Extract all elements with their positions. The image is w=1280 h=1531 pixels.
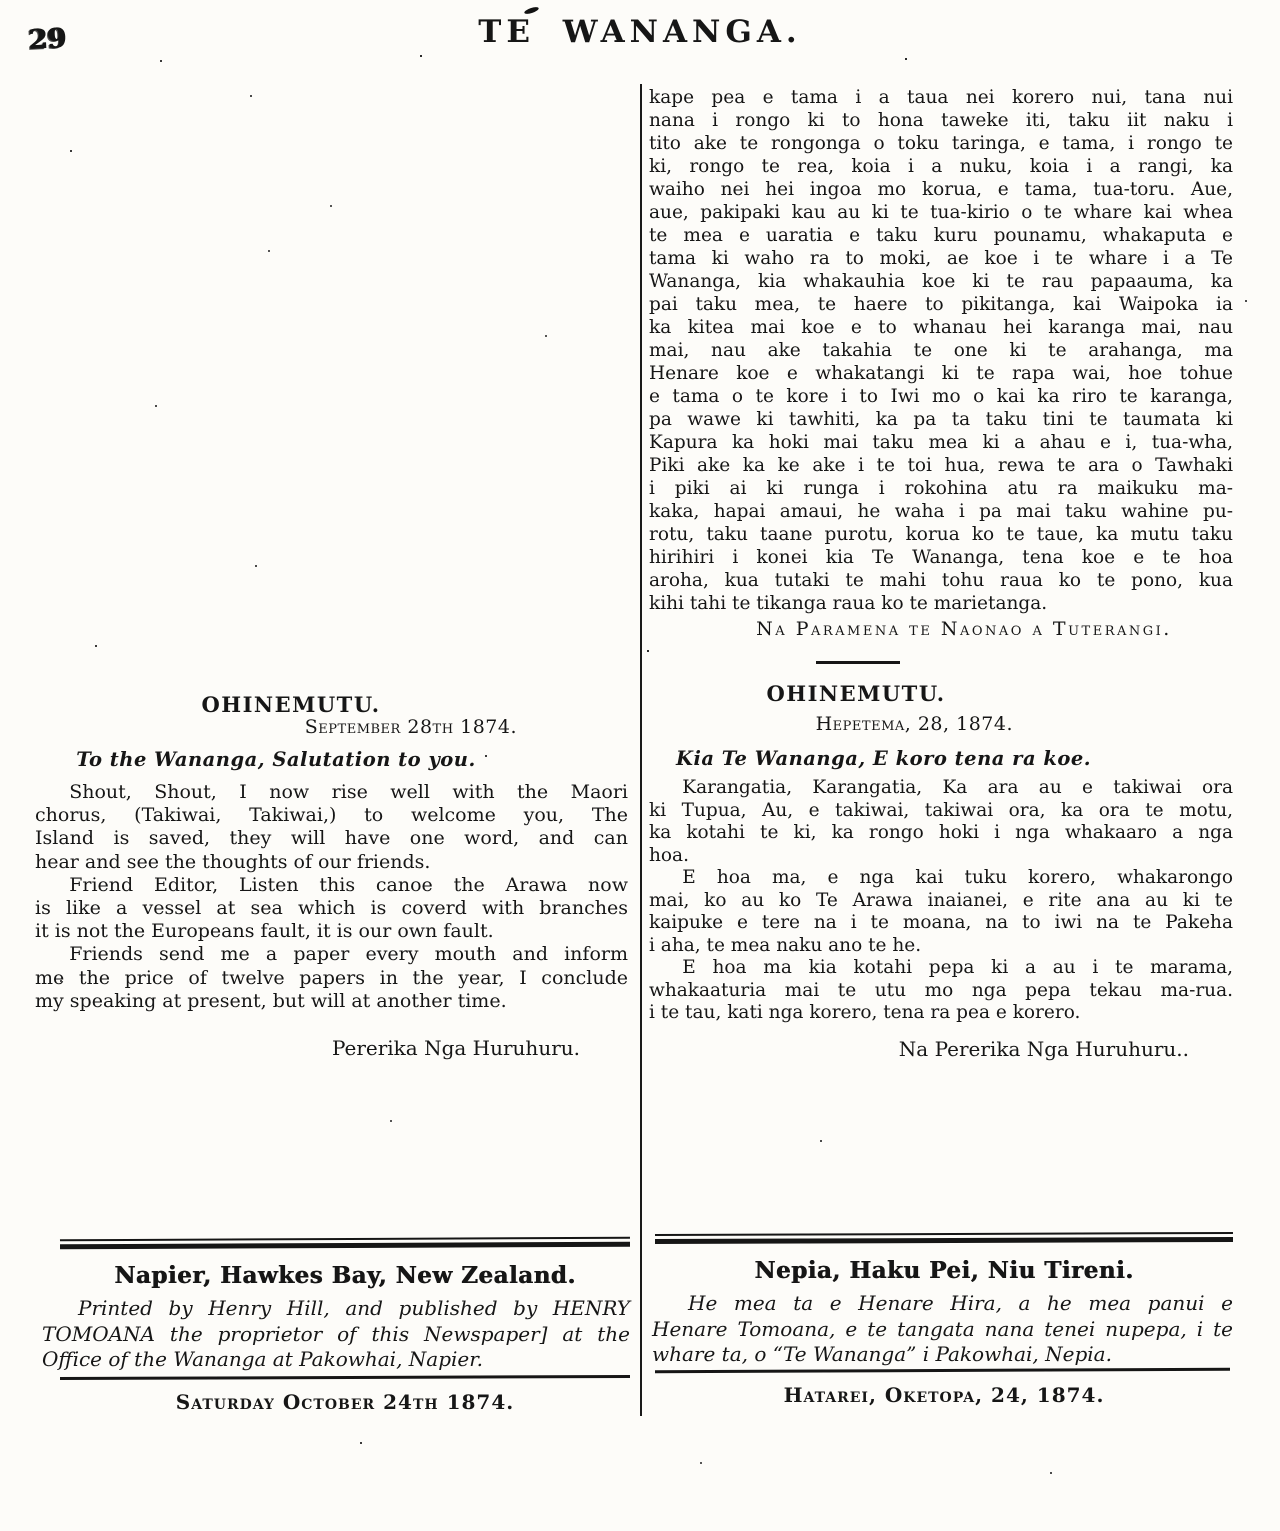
right-imprint-text: He mea ta e Henare Hira, a he mea panui … xyxy=(652,1291,1233,1368)
text-line: i aha, te mea naku ano te he. xyxy=(649,935,1233,958)
text-line: Karangatia, Karangatia, Ka ara au e taki… xyxy=(649,777,1233,800)
right-issue-dateline: Hatarei, Oketopa, 24, 1874. xyxy=(655,1383,1233,1407)
text-line: mai, ko au ko Te Arawa inaianei, e rite … xyxy=(649,890,1233,913)
page-title: TE WANANGA. xyxy=(0,14,1280,50)
left-imprint-text: Printed by Henry Hill, and published by … xyxy=(42,1296,630,1373)
right-imprint-heading: Nepia, Haku Pei, Niu Tireni. xyxy=(655,1257,1233,1284)
continuation-signature: Na Paramena te Naonao a Tuterangi. xyxy=(649,618,1233,640)
left-article-body: Shout, Shout, I now rise well with the M… xyxy=(35,781,628,1013)
text-line: Henare koe e whakatangi ki te rapa wai, … xyxy=(649,362,1233,385)
text-line: whakaaturia mai te utu mo nga pepa tekau… xyxy=(649,980,1233,1003)
text-line: tama ki waho ra to moki, ae koe i te wha… xyxy=(649,247,1233,270)
text-line: Office of the Wananga at Pakowhai, Napie… xyxy=(42,1347,630,1373)
left-imprint-rule xyxy=(60,1375,630,1379)
text-line: ki, rongo te rea, koia i a nuku, koia i … xyxy=(649,155,1233,178)
text-line: kaka, hapai amaui, he waha i pa mai taku… xyxy=(649,500,1233,523)
text-line: te mea e uaratia e taku kuru pounamu, wh… xyxy=(649,224,1233,247)
left-article-signature: Pererika Nga Huruhuru. xyxy=(35,1036,580,1060)
right-article-salutation: Kia Te Wananga, E koro tena ra koe. xyxy=(676,747,1091,770)
text-line: my speaking at present, but will at anot… xyxy=(35,990,628,1013)
text-line: rotu, taku taane purotu, korua ko te tau… xyxy=(649,523,1233,546)
left-article-heading: OHINEMUTU. xyxy=(35,692,547,717)
column-divider-rule xyxy=(640,84,642,1416)
right-imprint-rule xyxy=(655,1368,1230,1373)
left-article-salutation: To the Wananga, Salutation to you. xyxy=(35,748,517,771)
text-line: mai, nau ake takahia te one ki te arahan… xyxy=(649,339,1233,362)
right-column-continuation-text: kape pea e tama i a taua nei korero nui,… xyxy=(649,86,1233,615)
scan-noise-specks xyxy=(0,0,2,2)
text-line: Henare Tomoana, e te tangata nana tenei … xyxy=(652,1317,1233,1343)
text-line: Shout, Shout, I now rise well with the M… xyxy=(35,781,628,804)
left-imprint-heading: Napier, Hawkes Bay, New Zealand. xyxy=(60,1262,630,1289)
text-line: waiho nei hei ingoa mo korua, e tama, tu… xyxy=(649,178,1233,201)
text-line: Printed by Henry Hill, and published by … xyxy=(42,1296,630,1322)
text-line: chorus, (Takiwai, Takiwai,) to welcome y… xyxy=(35,804,628,827)
text-line: E hoa ma, e nga kai tuku korero, whakaro… xyxy=(649,867,1233,890)
text-line: tito ake te rongonga o toku taringa, e t… xyxy=(649,132,1233,155)
left-imprint-double-rule xyxy=(60,1237,630,1249)
text-line: it is not the Europeans fault, it is our… xyxy=(35,920,628,943)
text-line: hoa. xyxy=(649,845,1233,868)
text-line: i te tau, kati nga korero, tena ra pea e… xyxy=(649,1002,1233,1025)
right-article-body: Karangatia, Karangatia, Ka ara au e taki… xyxy=(649,777,1233,1025)
text-line: e tama o te kore i to Iwi mo o kai ka ri… xyxy=(649,385,1233,408)
text-line: kape pea e tama i a taua nei korero nui,… xyxy=(649,86,1233,109)
right-imprint-double-rule xyxy=(655,1232,1233,1244)
text-line: kihi tahi te tikanga raua ko te marietan… xyxy=(649,592,1233,615)
text-line: hirihiri i konei kia Te Wananga, tena ko… xyxy=(649,546,1233,569)
newspaper-page: 29 TE WANANGA. kape pea e tama i a taua … xyxy=(0,0,1280,1531)
text-line: E hoa ma kia kotahi pepa ki a au i te ma… xyxy=(649,957,1233,980)
text-line: Kapura ka hoki mai taku mea ki a ahau e … xyxy=(649,431,1233,454)
section-divider-rule xyxy=(816,661,900,664)
text-line: aroha, kua tutaki te mahi tohu raua ko t… xyxy=(649,569,1233,592)
right-article-dateline: Hepetema, 28, 1874. xyxy=(649,713,1013,735)
right-article-signature: Na Pererika Nga Huruhuru.. xyxy=(649,1037,1189,1061)
text-line: Piki ake ka ke ake i te toi hua, rewa te… xyxy=(649,454,1233,477)
text-line: pai taku mea, te haere to pikitanga, kai… xyxy=(649,293,1233,316)
text-line: He mea ta e Henare Hira, a he mea panui … xyxy=(652,1291,1233,1317)
text-line: Island is saved, they will have one word… xyxy=(35,827,628,850)
text-line: ki Tupua, Au, e takiwai, takiwai ora, ka… xyxy=(649,800,1233,823)
text-line: TOMOANA the proprietor of this Newspaper… xyxy=(42,1322,630,1348)
text-line: pa wawe ki tawhiti, ka pa ta taku tini t… xyxy=(649,408,1233,431)
left-issue-dateline: Saturday October 24th 1874. xyxy=(60,1390,630,1414)
left-article-dateline: September 28th 1874. xyxy=(35,716,517,738)
text-line: kaipuke e tere na i te moana, na to iwi … xyxy=(649,912,1233,935)
text-line: Friends send me a paper every mouth and … xyxy=(35,943,628,966)
text-line: me the price of twelve papers in the yea… xyxy=(35,967,628,990)
text-line: Wananga, kia whakauhia koe ki te rau pap… xyxy=(649,270,1233,293)
text-line: ka kotahi te ki, ka rongo hoki i nga wha… xyxy=(649,822,1233,845)
text-line: Friend Editor, Listen this canoe the Ara… xyxy=(35,874,628,897)
text-line: nana i rongo ki to hona taweke iti, taku… xyxy=(649,109,1233,132)
right-article-heading: OHINEMUTU. xyxy=(649,681,1063,706)
text-line: whare ta, o “Te Wananga” i Pakowhai, Nep… xyxy=(652,1342,1233,1368)
text-line: is like a vessel at sea which is coverd … xyxy=(35,897,628,920)
text-line: hear and see the thoughts of our friends… xyxy=(35,851,628,874)
text-line: aue, pakipaki kau au ki te tua-kirio o t… xyxy=(649,201,1233,224)
text-line: i piki ai ki runga i rokohina atu ra mai… xyxy=(649,477,1233,500)
text-line: ka kitea mai koe e to whanau hei karanga… xyxy=(649,316,1233,339)
